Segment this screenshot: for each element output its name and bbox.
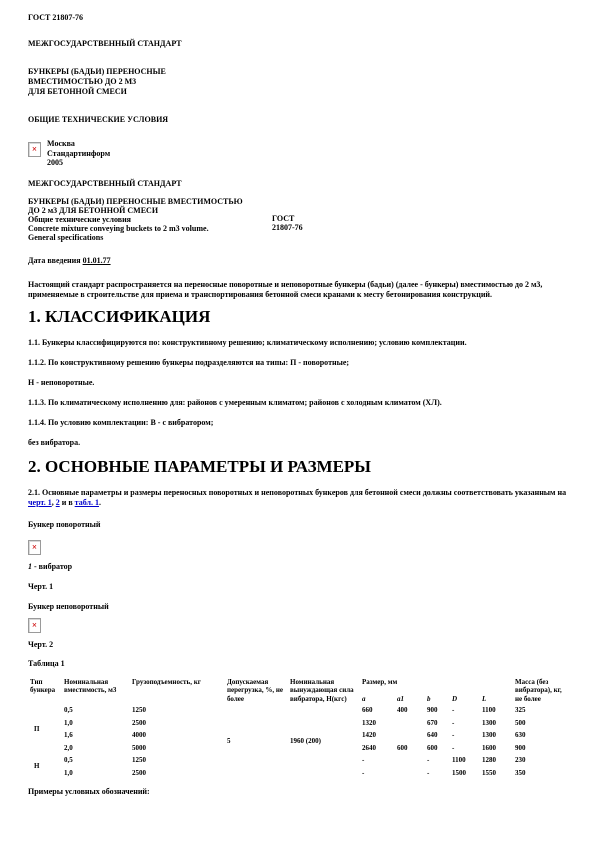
- examples-label: Примеры условных обозначений:: [28, 787, 570, 797]
- scope-paragraph: Настоящий стандарт распространяется на п…: [28, 280, 570, 300]
- clause-2-1-sep2: и в: [60, 498, 75, 507]
- cell-L: 1280: [480, 754, 513, 767]
- doc-number-block: ГОСТ 21807-76: [272, 214, 303, 242]
- figure-1-legend-text: - вибратор: [32, 562, 72, 571]
- cell-overload: 5: [225, 704, 288, 779]
- cell-load: 2500: [130, 767, 225, 780]
- subtitle-general-conditions: ОБЩИЕ ТЕХНИЧЕСКИЕ УСЛОВИЯ: [28, 115, 570, 125]
- cell-b: 900: [425, 704, 450, 717]
- table-1: Тип бункера Номинальная вместимость, м3 …: [28, 677, 570, 780]
- cell-D: 1100: [450, 754, 480, 767]
- col-header-mass: Масса (без вибратора), кг, не более: [513, 677, 570, 705]
- figure-2-label: Черт. 2: [28, 640, 570, 650]
- date-value-link[interactable]: 01.01.77: [83, 256, 111, 265]
- cell-mass: 900: [513, 742, 570, 755]
- date-label: Дата введения: [28, 256, 83, 265]
- cell-D: -: [450, 729, 480, 742]
- main-title-line-1: БУНКЕРЫ (БАДЬИ) ПЕРЕНОСНЫЕ: [28, 67, 570, 77]
- figure-1-caption: Бункер поворотный: [28, 520, 570, 530]
- cell-mass: 325: [513, 704, 570, 717]
- publisher-city: Москва: [47, 139, 110, 149]
- standard-type-label-2: МЕЖГОСУДАРСТВЕННЫЙ СТАНДАРТ: [28, 179, 570, 189]
- col-subheader-L: L: [480, 688, 513, 704]
- cell-vibrator-force: 1960 (200): [288, 704, 360, 779]
- cell-capacity: 1,0: [62, 717, 130, 730]
- cell-a1: 400: [395, 704, 425, 717]
- section-1-heading: 1. КЛАССИФИКАЦИЯ: [28, 308, 570, 326]
- figure-2-placeholder: ×: [28, 618, 570, 633]
- cell-capacity: 0,5: [62, 704, 130, 717]
- cell-load: 1250: [130, 704, 225, 717]
- clause-1-1-2-cont: Н - неповоротные.: [28, 378, 570, 388]
- cell-mass: 350: [513, 767, 570, 780]
- cell-b: 600: [425, 742, 450, 755]
- cell-a: -: [360, 754, 395, 767]
- link-drawing-1[interactable]: черт. 1: [28, 498, 52, 507]
- col-subheader-b: b: [425, 688, 450, 704]
- clause-1-1-3: 1.1.3. По климатическому исполнению для:…: [28, 398, 570, 408]
- cell-L: 1550: [480, 767, 513, 780]
- figure-1-placeholder: ×: [28, 540, 570, 555]
- title-block-line-1: БУНКЕРЫ (БАДЬИ) ПЕРЕНОСНЫЕ ВМЕСТИМОСТЬЮ: [28, 197, 272, 206]
- table-1-caption: Таблица 1: [28, 659, 570, 669]
- doc-number-digits: 21807-76: [272, 223, 303, 232]
- clause-1-1: 1.1. Бункеры классифицируются по: констр…: [28, 338, 570, 348]
- cell-capacity: 0,5: [62, 754, 130, 767]
- col-subheader-a: а: [360, 688, 395, 704]
- col-header-vibrator: Номинальная вынуждающая сила вибратора, …: [288, 677, 360, 705]
- cell-L: 1600: [480, 742, 513, 755]
- date-of-introduction: Дата введения 01.01.77: [28, 256, 570, 266]
- col-header-size: Размер, мм: [360, 677, 513, 688]
- publisher-lines: Москва Стандартинформ 2005: [47, 139, 110, 168]
- section-2-heading: 2. ОСНОВНЫЕ ПАРАМЕТРЫ И РАЗМЕРЫ: [28, 458, 570, 476]
- figure-1-label: Черт. 1: [28, 582, 570, 592]
- cell-D: 1500: [450, 767, 480, 780]
- cell-D: -: [450, 704, 480, 717]
- figure-1-legend: 1 - вибратор: [28, 562, 570, 572]
- title-block-subtitle-ru: Общие технические условия: [28, 215, 272, 224]
- title-block: БУНКЕРЫ (БАДЬИ) ПЕРЕНОСНЫЕ ВМЕСТИМОСТЬЮ …: [28, 197, 570, 242]
- broken-image-icon: ×: [28, 142, 41, 157]
- cell-capacity: 2,0: [62, 742, 130, 755]
- broken-image-icon: ×: [28, 540, 41, 555]
- clause-2-1-text: 2.1. Основные параметры и размеры перено…: [28, 488, 566, 497]
- cell-b: 670: [425, 717, 450, 730]
- main-title-line-3: ДЛЯ БЕТОННОЙ СМЕСИ: [28, 87, 570, 97]
- gost-document-page: ГОСТ 21807-76 МЕЖГОСУДАРСТВЕННЫЙ СТАНДАР…: [0, 0, 595, 842]
- doc-number-word: ГОСТ: [272, 214, 303, 223]
- clause-2-1-end: .: [99, 498, 101, 507]
- standard-type-label: МЕЖГОСУДАРСТВЕННЫЙ СТАНДАРТ: [28, 39, 570, 49]
- cell-a1: 600: [395, 742, 425, 755]
- cell-load: 4000: [130, 729, 225, 742]
- col-subheader-D: D: [450, 688, 480, 704]
- cell-b: -: [425, 767, 450, 780]
- title-block-line-2: ДО 2 м3 ДЛЯ БЕТОННОЙ СМЕСИ: [28, 206, 272, 215]
- link-table-1[interactable]: табл. 1: [75, 498, 99, 507]
- doc-number-top: ГОСТ 21807-76: [28, 13, 570, 23]
- cell-mass: 500: [513, 717, 570, 730]
- publisher-year: 2005: [47, 158, 110, 168]
- cell-b: -: [425, 754, 450, 767]
- clause-2-1: 2.1. Основные параметры и размеры перено…: [28, 488, 570, 508]
- cell-a1: [395, 729, 425, 742]
- cell-D: -: [450, 742, 480, 755]
- cell-a: -: [360, 767, 395, 780]
- cell-a: 660: [360, 704, 395, 717]
- publisher-block: × Москва Стандартинформ 2005: [28, 139, 570, 168]
- cell-D: -: [450, 717, 480, 730]
- cell-type-p: П: [28, 704, 62, 754]
- cell-capacity: 1,0: [62, 767, 130, 780]
- cell-L: 1300: [480, 729, 513, 742]
- clause-1-1-4-cont: без вибратора.: [28, 438, 570, 448]
- main-title-line-2: ВМЕСТИМОСТЬЮ ДО 2 М3: [28, 77, 570, 87]
- cell-load: 1250: [130, 754, 225, 767]
- cell-type-n: Н: [28, 754, 62, 779]
- cell-a: 1420: [360, 729, 395, 742]
- title-block-subtitle-en-1: Concrete mixture conveying buckets to 2 …: [28, 224, 272, 233]
- cell-a: 2640: [360, 742, 395, 755]
- col-header-capacity: Номинальная вместимость, м3: [62, 677, 130, 705]
- cell-L: 1100: [480, 704, 513, 717]
- cell-b: 640: [425, 729, 450, 742]
- title-block-subtitle-en-2: General specifications: [28, 233, 272, 242]
- cell-a: 1320: [360, 717, 395, 730]
- publisher-name: Стандартинформ: [47, 149, 110, 159]
- main-title: БУНКЕРЫ (БАДЬИ) ПЕРЕНОСНЫЕ ВМЕСТИМОСТЬЮ …: [28, 67, 570, 97]
- col-header-type: Тип бункера: [28, 677, 62, 705]
- col-header-load: Грузоподъемность, кг: [130, 677, 225, 705]
- cell-load: 2500: [130, 717, 225, 730]
- table-row: П 0,5 1250 5 1960 (200) 660 400 900 - 11…: [28, 704, 570, 717]
- broken-image-icon: ×: [28, 618, 41, 633]
- cell-L: 1300: [480, 717, 513, 730]
- cell-a1: [395, 767, 425, 780]
- clause-1-1-2: 1.1.2. По конструктивному решению бункер…: [28, 358, 570, 368]
- cell-capacity: 1,6: [62, 729, 130, 742]
- col-header-overload: Допускаемая перегрузка, %, не более: [225, 677, 288, 705]
- cell-a1: [395, 717, 425, 730]
- cell-mass: 230: [513, 754, 570, 767]
- clause-1-1-4: 1.1.4. По условию комплектации: В - с ви…: [28, 418, 570, 428]
- cell-a1: [395, 754, 425, 767]
- title-block-left: БУНКЕРЫ (БАДЬИ) ПЕРЕНОСНЫЕ ВМЕСТИМОСТЬЮ …: [28, 197, 272, 242]
- cell-mass: 630: [513, 729, 570, 742]
- figure-2-caption: Бункер неповоротный: [28, 602, 570, 612]
- col-subheader-a1: а1: [395, 688, 425, 704]
- cell-load: 5000: [130, 742, 225, 755]
